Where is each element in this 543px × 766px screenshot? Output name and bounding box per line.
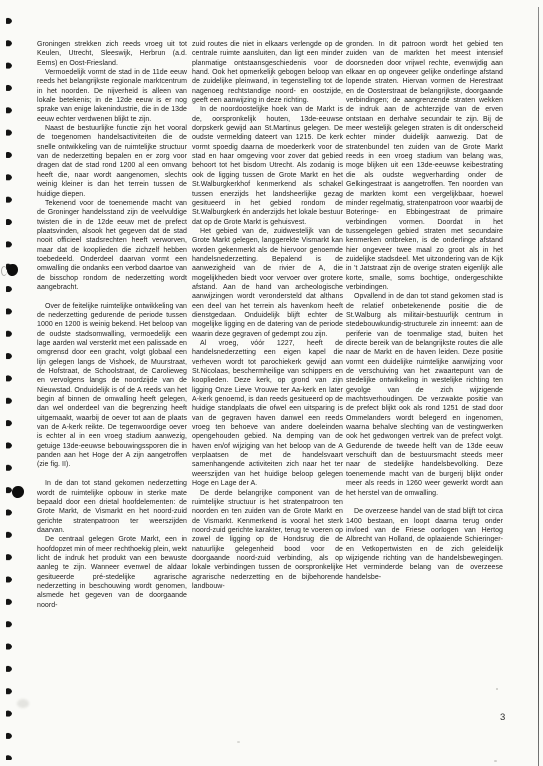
text-column-1: Groningen strekken zich reeds vroeg uit … xyxy=(37,40,187,610)
scanned-page: Groningen strekken zich reeds vroeg uit … xyxy=(0,0,543,766)
paragraph: In de noordoostelijke hoek van de Markt … xyxy=(192,105,343,226)
scan-speck xyxy=(237,741,240,743)
paragraph: De derde belangrijke component van de ru… xyxy=(192,489,343,592)
paragraph: zuid routes die niet in elkaars verlengd… xyxy=(192,40,343,105)
paragraph: Groningen strekken zich reeds vroeg uit … xyxy=(37,40,187,68)
scan-speck xyxy=(496,688,498,690)
paragraph: Opvallend in de dan tot stand gekomen st… xyxy=(346,292,503,498)
text-column-3: gronden. In dit patroon wordt het gebied… xyxy=(346,40,503,582)
paragraph: Het gebied van de, zuidwestelijk van de … xyxy=(192,227,343,339)
paragraph: gronden. In dit patroon wordt het gebied… xyxy=(346,40,503,292)
binder-sprocket-marks xyxy=(6,10,19,760)
paragraph: In de dan tot stand gekomen nederzetting… xyxy=(37,479,187,535)
paragraph: De centraal gelegen Grote Markt, een in … xyxy=(37,535,187,610)
paragraph: Over de feitelijke ruimtelijke ontwikkel… xyxy=(37,302,187,470)
scan-speck xyxy=(494,760,497,762)
text-column-2: zuid routes die niet in elkaars verlengd… xyxy=(192,40,343,591)
paragraph: Al vroeg, vóór 1227, heeft de handelsned… xyxy=(192,339,343,489)
paragraph: Tekenend voor de toenemende macht van de… xyxy=(37,199,187,292)
scan-edge-line xyxy=(538,7,539,766)
paragraph: De overzeese handel van de stad blijft t… xyxy=(346,507,503,582)
page-number: 3 xyxy=(500,712,505,723)
scan-smudge xyxy=(17,699,29,708)
punch-hole xyxy=(12,486,24,498)
paragraph: Vermoedelijk vormt de stad in de 11de ee… xyxy=(37,68,187,124)
paragraph: Naast de bestuurlijke functie zijn het v… xyxy=(37,124,187,199)
